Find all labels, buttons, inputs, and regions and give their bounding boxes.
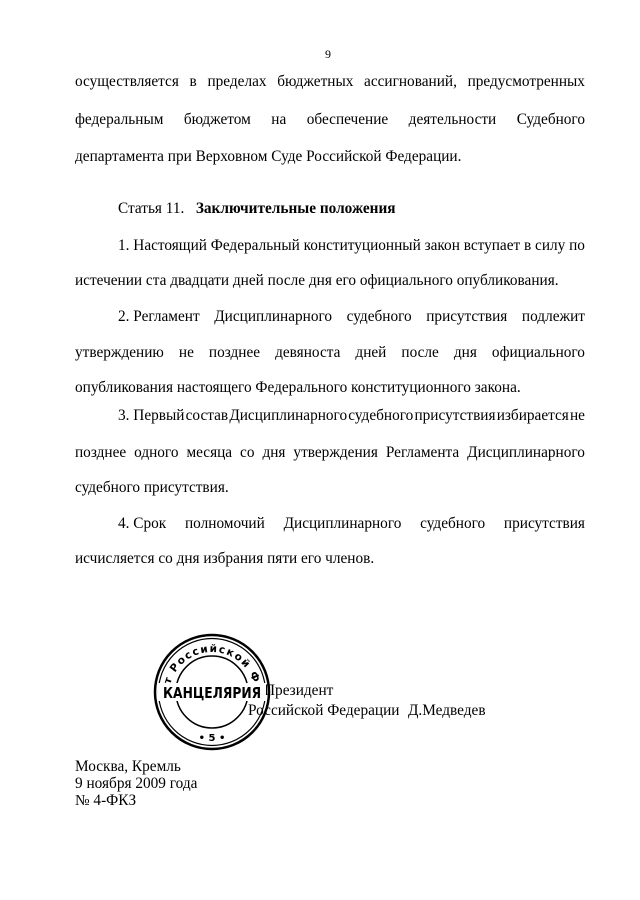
- article-label: Статья 11.: [118, 200, 184, 217]
- word: федеральным: [75, 111, 163, 129]
- word: со: [240, 444, 254, 462]
- word: на: [271, 111, 286, 129]
- word: не: [179, 344, 194, 362]
- word: в: [190, 73, 197, 91]
- word: утверждению: [75, 344, 164, 362]
- word: бюджетом: [184, 111, 251, 129]
- word: в: [524, 237, 531, 255]
- word: закон: [425, 237, 460, 255]
- article-heading: Статья 11. Заключительные положения: [118, 200, 585, 218]
- word: после: [401, 344, 438, 362]
- word: предусмотренных: [468, 73, 585, 91]
- word: Судебного: [517, 111, 585, 129]
- word: дней: [355, 344, 386, 362]
- word: обеспечение: [307, 111, 388, 129]
- word: дня: [454, 344, 477, 362]
- intro-line-3: департамента при Верховном Суде Российск…: [75, 148, 585, 166]
- intro-line-1: осуществляетсявпределахбюджетныхассигнов…: [75, 73, 585, 91]
- word: Регламента: [386, 444, 459, 462]
- word: осуществляется: [75, 73, 179, 91]
- word: месяца: [186, 444, 232, 462]
- item-3-line-1: 3. ПервыйсоставДисциплинарногосудебногоп…: [118, 407, 585, 425]
- item-4-line-1: 4. СрокполномочийДисциплинарногосудебног…: [118, 515, 585, 533]
- word: бюджетных: [277, 73, 353, 91]
- word: дня: [262, 444, 285, 462]
- word: по: [569, 237, 585, 255]
- word: присутствия: [504, 515, 585, 533]
- item-2-line-2: утверждениюнепозднеедевяностаднейпоследн…: [75, 344, 585, 362]
- footer-date: 9 ноября 2009 года: [75, 775, 197, 792]
- article-title: Заключительные положения: [196, 200, 396, 217]
- item-4-line-2: исчисляется со дня избрания пяти его чле…: [75, 550, 585, 568]
- word: судебного: [348, 407, 413, 425]
- word: судебного: [420, 515, 485, 533]
- word: силу: [535, 237, 565, 255]
- word: 3. Первый: [118, 407, 184, 425]
- word: полномочий: [185, 515, 265, 533]
- footer-number: № 4-ФКЗ: [75, 792, 136, 809]
- word: Дисциплинарного: [229, 407, 347, 425]
- word: Дисциплинарного: [214, 308, 332, 326]
- item-1-line-1: 1. НастоящийФедеральныйконституционныйза…: [118, 237, 585, 255]
- word: позднее: [75, 444, 126, 462]
- word: Дисциплинарного: [467, 444, 585, 462]
- word: 4. Срок: [118, 515, 166, 533]
- page-number: 9: [0, 47, 640, 62]
- word: девяноста: [275, 344, 340, 362]
- word: деятельности: [409, 111, 497, 129]
- word: 2. Регламент: [118, 308, 200, 326]
- word: вступает: [464, 237, 521, 255]
- item-3-line-3: судебного присутствия.: [75, 479, 585, 497]
- word: не: [570, 407, 585, 425]
- word: утверждения: [293, 444, 377, 462]
- official-seal-stamp: Президент Российской Федерации КАНЦЕЛЯРИ…: [153, 633, 271, 751]
- word: ассигнований,: [364, 73, 457, 91]
- word: избирается: [497, 407, 569, 425]
- word: состав: [186, 407, 229, 425]
- word: присутствия: [414, 407, 495, 425]
- signature-title-line-1: Президент: [264, 682, 333, 700]
- item-3-line-2: позднееодногомесяцасодняутвержденияРегла…: [75, 444, 585, 462]
- word: Федеральный: [211, 237, 300, 255]
- intro-line-2: федеральнымбюджетомнаобеспечениедеятельн…: [75, 111, 585, 129]
- stamp-center-text: КАНЦЕЛЯРИЯ: [163, 685, 261, 702]
- footer-place: Москва, Кремль: [75, 758, 181, 775]
- item-2-line-1: 2. РегламентДисциплинарногосудебногоприс…: [118, 308, 585, 326]
- word: позднее: [209, 344, 260, 362]
- item-1-line-2: истечении ста двадцати дней после дня ег…: [75, 272, 585, 290]
- item-2-line-3: опубликования настоящего Федерального ко…: [75, 379, 585, 397]
- word: присутствия: [426, 308, 507, 326]
- word: подлежит: [522, 308, 585, 326]
- word: судебного: [347, 308, 412, 326]
- word: пределах: [207, 73, 266, 91]
- word: одного: [134, 444, 178, 462]
- word: конституционный: [304, 237, 421, 255]
- stamp-number: • 5 •: [199, 733, 226, 744]
- word: Дисциплинарного: [284, 515, 402, 533]
- word: 1. Настоящий: [118, 237, 207, 255]
- signature-name: Д.Медведев: [408, 702, 486, 720]
- word: официального: [492, 344, 585, 362]
